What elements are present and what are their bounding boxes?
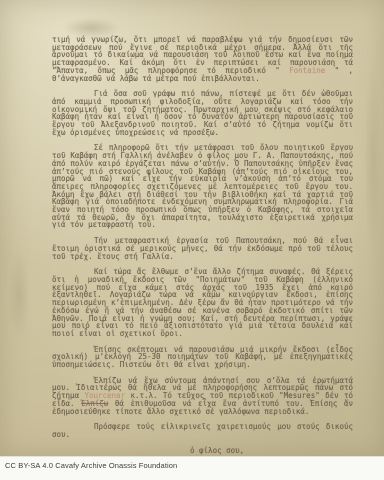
paper-stain (364, 60, 382, 260)
paper-stain (8, 250, 30, 340)
license-attribution: CC BY-SA 4.0 Cavafy Archive Onassis Foun… (5, 461, 177, 470)
letter-paragraph: Ἐπίσης σκέπτομαι νά παρουσιάσω μιά μικρή… (52, 346, 353, 369)
letter-paragraph: Γιά ὅσα σοῦ γράφω πιό πάνω, πίστεψέ με ὅ… (52, 90, 353, 136)
letter-paragraph: Τήν μεταφραστική ἐργασία τοῦ Παπουτσάκη,… (52, 237, 353, 260)
letter-body: τιμή νά γνωρίζω, ὅτι μπορεῖ νά παραβλέψω… (52, 36, 353, 454)
letter-paragraph: τιμή νά γνωρίζω, ὅτι μπορεῖ νά παραβλέψω… (52, 36, 353, 82)
letter-text: Καί τώρα ἄς ἔλθωμε σ’ἕνα ἄλλο ζήτημα συν… (52, 267, 353, 338)
attribution-bar: CC BY-SA 4.0 Cavafy Archive Onassis Foun… (0, 456, 384, 480)
letter-text-faded: Fontaine (289, 66, 325, 75)
letter-text: Τήν μεταφραστική ἐργασία τοῦ Παπουτσάκη,… (52, 236, 353, 260)
letter-paragraph: Καί τώρα ἄς ἔλθωμε σ’ἕνα ἄλλο ζήτημα συν… (52, 268, 353, 337)
letter-paragraph: Πρόσφερε τούς εἰλικρινεῖς χαιρετισμούς μ… (52, 423, 353, 438)
letter-paragraph: Ἐλπίζω νά ἔχω σύντομα ἀπάντησί σου σ’ὅλα… (52, 377, 353, 416)
letter-text: Πρόσφερε τούς εἰλικρινεῖς χαιρετισμούς μ… (52, 422, 353, 439)
letter-paragraph: Σέ πληροφορῶ ὅτι τήν μετάφρασι τοῦ ὅλου … (52, 144, 353, 229)
letter-text: Σέ πληροφορῶ ὅτι τήν μετάφρασι τοῦ ὅλου … (52, 143, 353, 229)
letter-text: Ἐπίσης σκέπτομαι νά παρουσιάσω μιά μικρή… (52, 345, 353, 369)
signature: ὁ φίλος σου, (190, 447, 353, 455)
letter-text: Γιά ὅσα σοῦ γράφω πιό πάνω, πίστεψέ με ὅ… (52, 89, 353, 137)
scanned-letter-page: τιμή νά γνωρίζω, ὅτι μπορεῖ νά παραβλέψω… (0, 0, 384, 457)
